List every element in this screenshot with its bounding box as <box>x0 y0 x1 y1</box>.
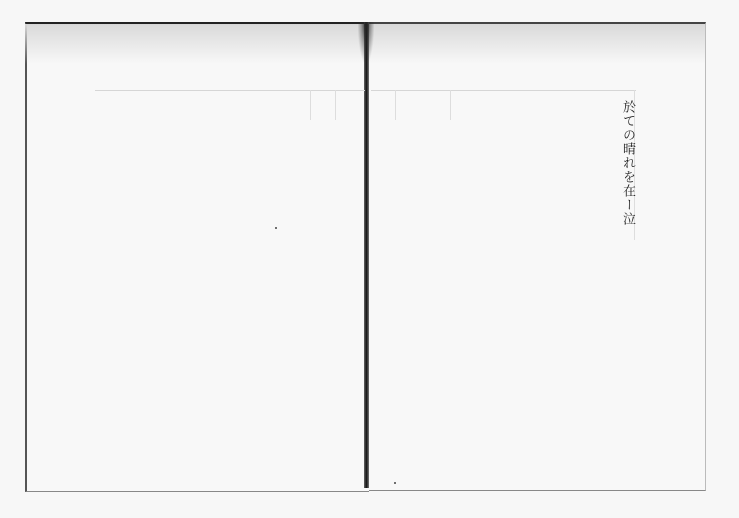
ruled-line <box>335 90 336 120</box>
left-ruled-frame <box>95 90 365 91</box>
ruled-line <box>310 90 311 120</box>
ruled-line <box>450 90 451 120</box>
ink-speck <box>394 482 396 484</box>
scanned-image: 於ての晴れを在ー泣 <box>0 0 739 518</box>
left-page <box>25 22 369 492</box>
ruled-line <box>395 90 396 120</box>
spine-shadow <box>358 22 374 62</box>
right-ruled-frame <box>371 90 636 91</box>
book-spine <box>364 22 369 488</box>
handwritten-vertical-text: 於ての晴れを在ー泣 <box>613 100 637 226</box>
right-page <box>369 22 706 491</box>
ink-speck <box>275 227 277 229</box>
